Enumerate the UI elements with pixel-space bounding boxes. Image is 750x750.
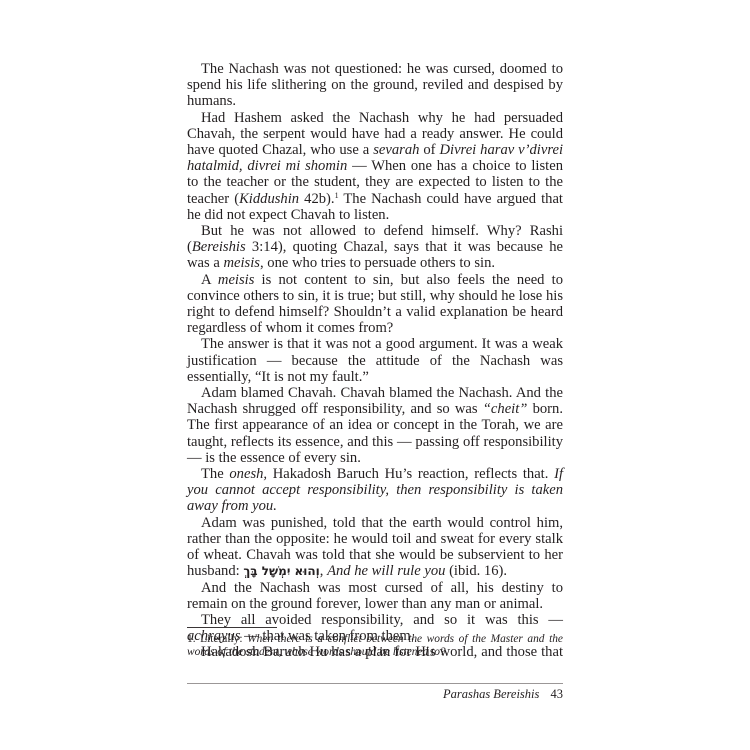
running-footer-title: Parashas Bereishis: [443, 687, 539, 701]
paragraph: The answer is that it was not a good arg…: [187, 336, 563, 385]
text-segment: The: [201, 466, 229, 482]
footer-rule: [187, 683, 563, 684]
page-number: 43: [551, 687, 564, 701]
main-text-block: The Nachash was not questioned: he was c…: [187, 61, 563, 661]
italic-text: sevarah: [373, 142, 419, 158]
body-text: The Nachash was not questioned: he was c…: [187, 61, 563, 661]
italic-text: Bereishis: [192, 239, 246, 255]
text-segment: , one who tries to persuade others to si…: [260, 255, 495, 271]
italic-text: onesh,: [229, 466, 267, 482]
text-segment: The answer is that it was not a good arg…: [187, 336, 563, 384]
paragraph: A meisis is not content to sin, but also…: [187, 272, 563, 337]
footnote-text: When there is a conflict between the wor…: [187, 633, 563, 658]
book-page: The Nachash was not questioned: he was c…: [0, 0, 750, 750]
text-segment: (ibid. 16).: [445, 563, 507, 579]
text-segment: ,: [320, 563, 327, 579]
paragraph: The onesh, Hakadosh Baruch Hu’s reaction…: [187, 466, 563, 515]
text-segment: A: [201, 272, 218, 288]
paragraph: Adam blamed Chavah. Chavah blamed the Na…: [187, 385, 563, 466]
text-segment: 42b).: [299, 191, 334, 207]
italic-text: meisis: [218, 272, 254, 288]
footnote-label: Literally:: [200, 633, 242, 645]
footnote-1: 1. Literally: When there is a conflict b…: [187, 633, 563, 658]
italic-text: Kiddushin: [239, 191, 299, 207]
text-segment: And the Nachash was most cursed of all, …: [187, 580, 563, 612]
italic-text: meisis: [223, 255, 259, 271]
running-footer: Parashas Bereishis 43: [443, 687, 563, 701]
text-segment: Hakadosh Baruch Hu’s reaction, reflects …: [267, 466, 554, 482]
footnote-separator: [187, 627, 277, 628]
paragraph: And the Nachash was most cursed of all, …: [187, 580, 563, 612]
paragraph: The Nachash was not questioned: he was c…: [187, 61, 563, 110]
italic-text: And he will rule you: [327, 563, 445, 579]
italic-text: “cheit”: [483, 401, 528, 417]
footnote-number: 1.: [187, 633, 196, 645]
hebrew-quote: וְהוּא יִמְשָׁל בָּךְ: [243, 564, 319, 578]
text-segment: The Nachash was not questioned: he was c…: [187, 61, 563, 109]
text-segment: They all avoided responsibility, and so …: [201, 612, 563, 628]
paragraph: Had Hashem asked the Nachash why he had …: [187, 110, 563, 223]
paragraph: But he was not allowed to defend himself…: [187, 223, 563, 272]
text-segment: of: [419, 142, 439, 158]
paragraph: Adam was punished, told that the earth w…: [187, 515, 563, 580]
